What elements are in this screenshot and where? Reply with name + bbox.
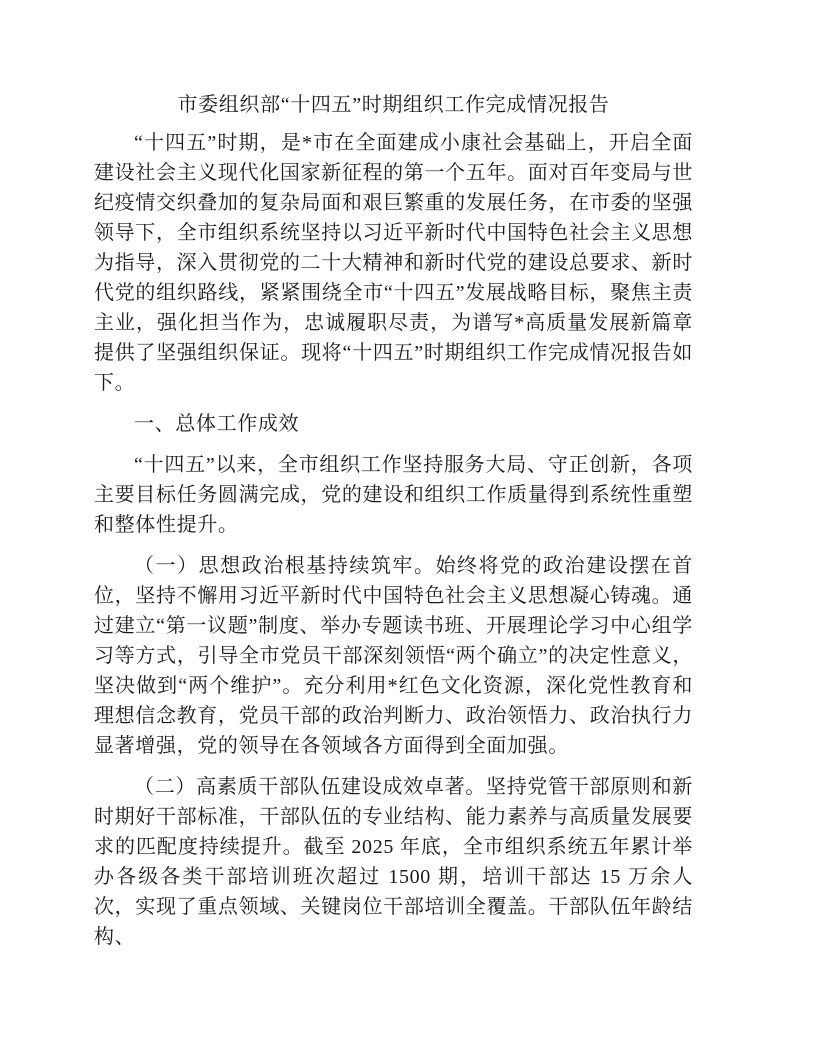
paragraph-overview: “十四五”以来，全市组织工作坚持服务大局、守正创新，各项主要目标任务圆满完成，党… — [94, 450, 693, 540]
document-page: 市委组织部“十四五”时期组织工作完成情况报告 “十四五”时期，是*市在全面建成小… — [0, 0, 816, 1056]
doc-title: 市委组织部“十四五”时期组织工作完成情况报告 — [94, 90, 693, 120]
section-heading-overall-results: 一、总体工作成效 — [94, 409, 693, 439]
paragraph-item-1-ideology: （一）思想政治根基持续筑牢。始终将党的政治建设摆在首位，坚持不懈用习近平新时代中… — [94, 551, 693, 761]
paragraph-item-2-cadre-team: （二）高素质干部队伍建设成效卓著。坚持党管干部原则和新时期好干部标准，干部队伍的… — [94, 772, 693, 952]
paragraph-intro: “十四五”时期，是*市在全面建成小康社会基础上，开启全面建设社会主义现代化国家新… — [94, 128, 693, 398]
